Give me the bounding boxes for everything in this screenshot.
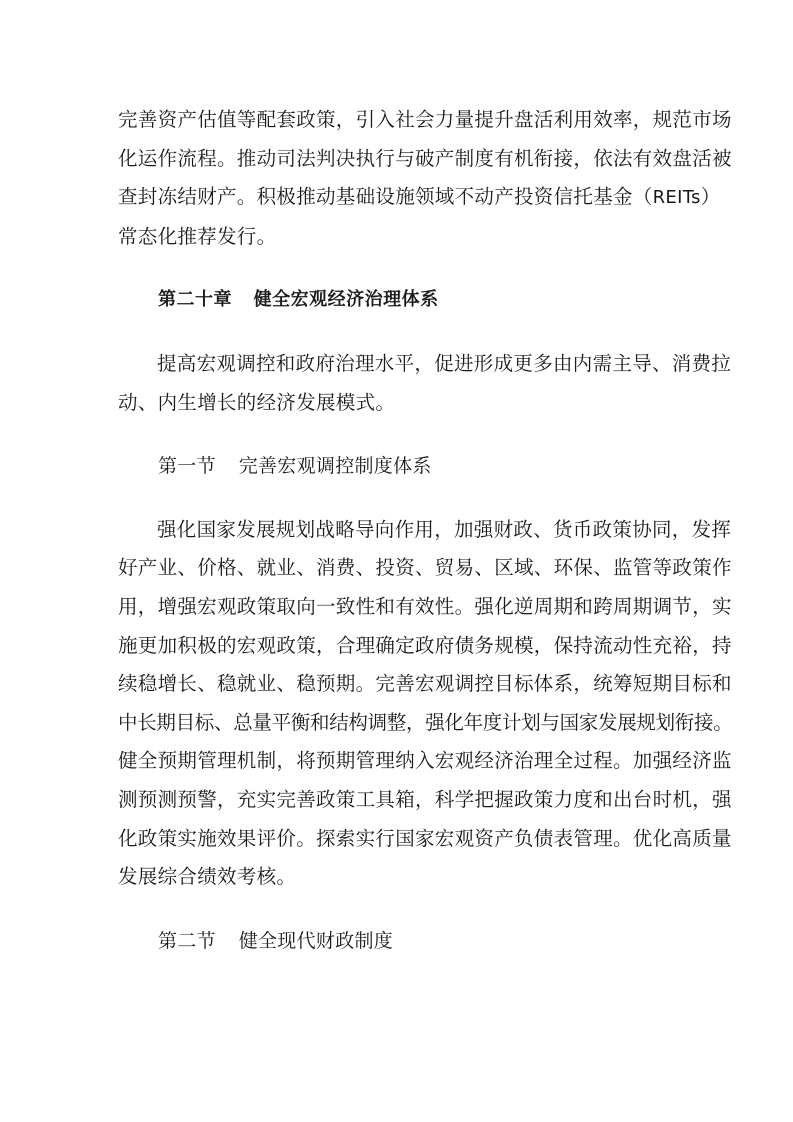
chapter-number: 第二十章 xyxy=(158,289,232,310)
text-line-part: 查封冻结财产。积极推动基础设施领域不动产投资信托基金（ xyxy=(118,185,653,208)
text-line: 发展综合绩效考核。 xyxy=(118,858,678,897)
chapter-intro-paragraph: 提高宏观调控和政府治理水平，促进形成更多由内需主导、消费拉 动、内生增长的经济发… xyxy=(118,345,678,422)
text-line: 提高宏观调控和政府治理水平，促进形成更多由内需主导、消费拉 xyxy=(118,345,678,384)
reits-term: REITs xyxy=(653,187,701,208)
chapter-title: 健全宏观经济治理体系 xyxy=(254,289,439,310)
section-1-heading: 第一节完善宏观调控制度体系 xyxy=(158,447,678,486)
text-line: 查封冻结财产。积极推动基础设施领域不动产投资信托基金（REITs） xyxy=(118,178,678,218)
section-title: 完善宏观调控制度体系 xyxy=(239,455,432,477)
document-page: 完善资产估值等配套政策，引入社会力量提升盘活利用效率，规范市场 化运作流程。推动… xyxy=(118,101,678,985)
section-number: 第一节 xyxy=(158,455,216,477)
text-line: 动、内生增长的经济发展模式。 xyxy=(118,384,678,423)
text-line: 健全预期管理机制，将预期管理纳入宏观经济治理全过程。加强经济监 xyxy=(118,742,678,781)
section-number: 第二节 xyxy=(158,930,216,952)
text-line: 施更加积极的宏观政策，合理确定政府债务规模，保持流动性充裕，持 xyxy=(118,627,678,666)
text-line: 用，增强宏观政策取向一致性和有效性。强化逆周期和跨周期调节，实 xyxy=(118,588,678,627)
section-1-body: 强化国家发展规划战略导向作用，加强财政、货币政策协同，发挥 好产业、价格、就业、… xyxy=(118,511,678,897)
text-line: 化政策实施效果评价。探索实行国家宏观资产负债表管理。优化高质量 xyxy=(118,820,678,859)
section-title: 健全现代财政制度 xyxy=(239,930,393,952)
paragraph-asset-revitalization: 完善资产估值等配套政策，引入社会力量提升盘活利用效率，规范市场 化运作流程。推动… xyxy=(118,101,678,256)
section-2-heading: 第二节健全现代财政制度 xyxy=(158,922,678,961)
closing-paren: ） xyxy=(701,185,721,208)
text-line: 测预测预警，充实完善政策工具箱，科学把握政策力度和出台时机，强 xyxy=(118,781,678,820)
text-line: 续稳增长、稳就业、稳预期。完善宏观调控目标体系，统筹短期目标和 xyxy=(118,665,678,704)
text-line: 化运作流程。推动司法判决执行与破产制度有机衔接，依法有效盘活被 xyxy=(118,140,678,179)
text-line: 常态化推荐发行。 xyxy=(118,218,678,257)
text-line: 完善资产估值等配套政策，引入社会力量提升盘活利用效率，规范市场 xyxy=(118,101,678,140)
text-line: 好产业、价格、就业、消费、投资、贸易、区域、环保、监管等政策作 xyxy=(118,549,678,588)
text-line: 中长期目标、总量平衡和结构调整，强化年度计划与国家发展规划衔接。 xyxy=(118,704,678,743)
text-line: 强化国家发展规划战略导向作用，加强财政、货币政策协同，发挥 xyxy=(118,511,678,550)
chapter-heading: 第二十章健全宏观经济治理体系 xyxy=(158,281,678,320)
